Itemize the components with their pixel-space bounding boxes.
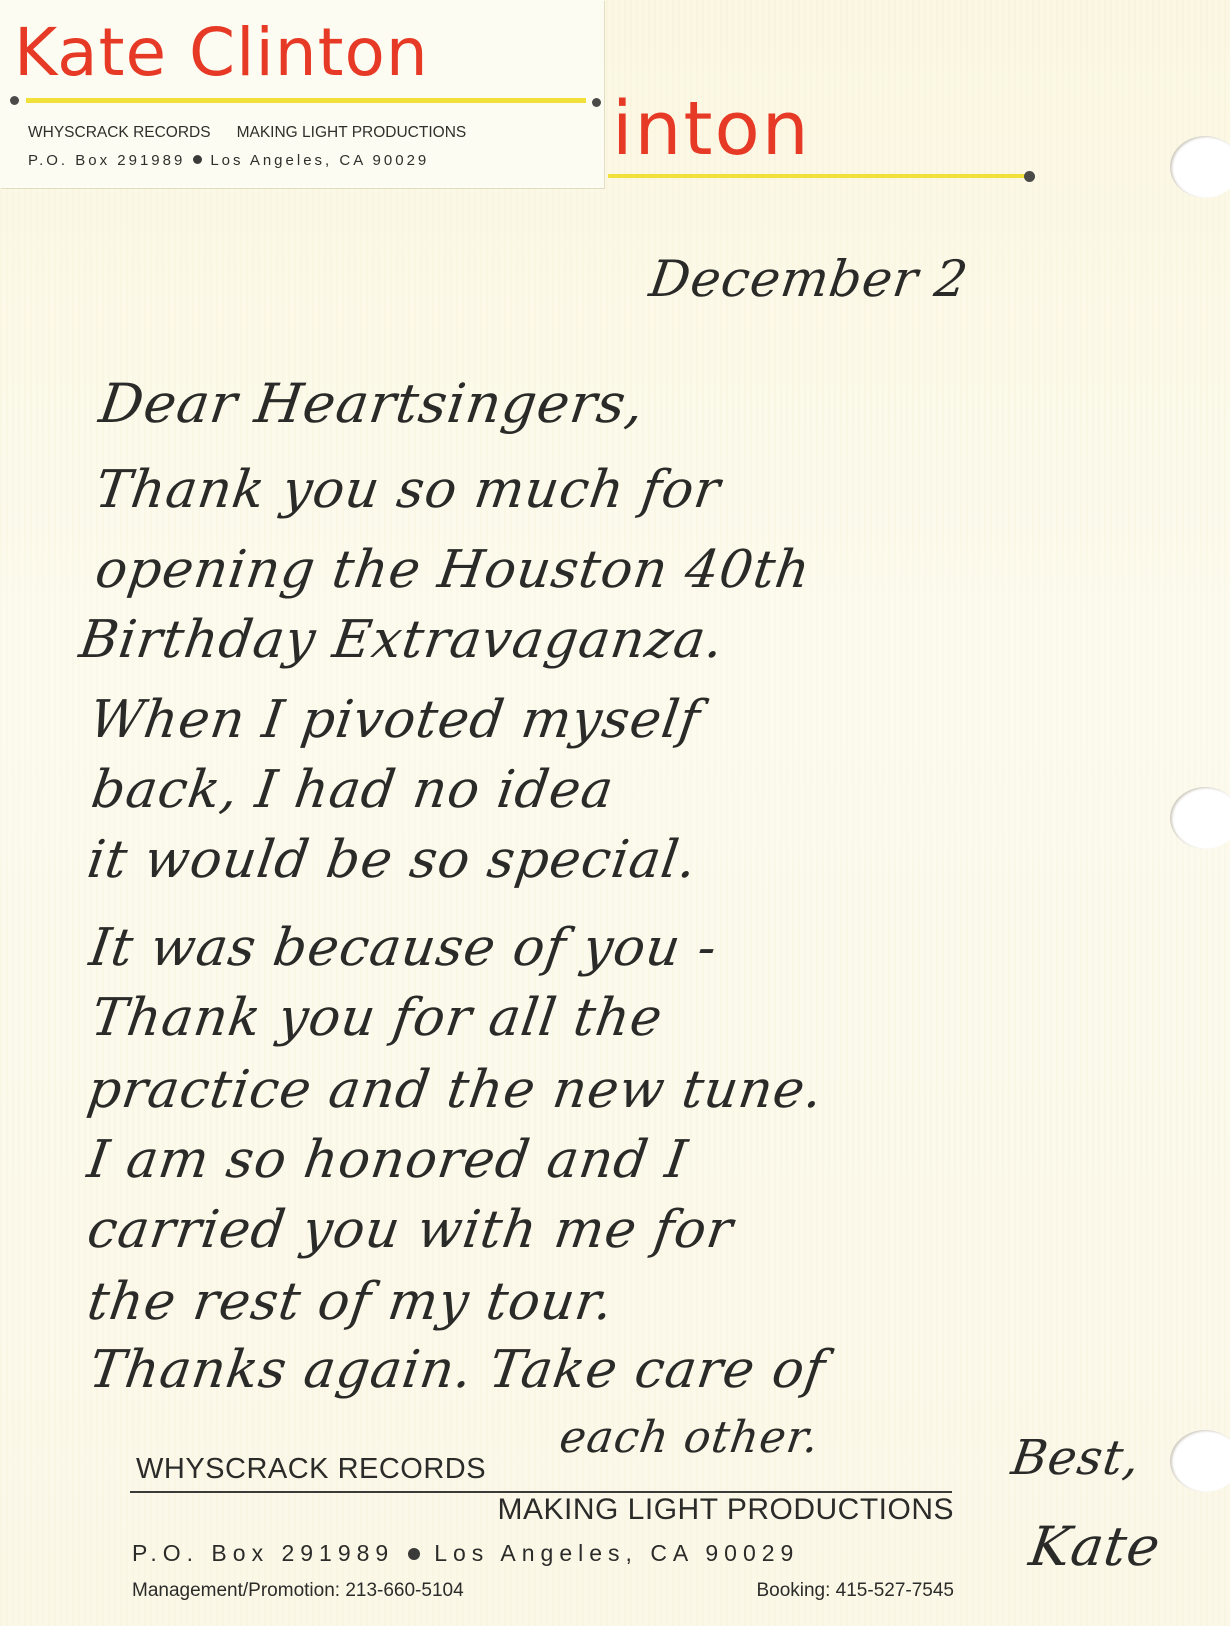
- letter-line: I am so honored and I: [84, 1130, 692, 1190]
- underlying-logo-fragment: inton: [612, 86, 811, 172]
- letter-line: When I pivoted myself: [86, 690, 704, 750]
- underlying-yellow-rule: [608, 174, 1028, 178]
- footer-company-1: WHYSCRACK RECORDS: [136, 1453, 486, 1486]
- footer-address: P.O. Box 291989Los Angeles, CA 90029: [132, 1540, 799, 1567]
- letter-line: Thanks again. Take care of: [86, 1340, 830, 1400]
- footer-company-2: MAKING LIGHT PRODUCTIONS: [498, 1493, 955, 1527]
- letter-closing: Best,: [1008, 1430, 1144, 1486]
- punch-hole-icon: [1170, 136, 1230, 198]
- letter-line: Birthday Extravaganza.: [76, 610, 728, 670]
- footer-contact: Management/Promotion: 213-660-5104 Booki…: [132, 1580, 954, 1602]
- letter-date: December 2: [646, 250, 972, 308]
- footer-management-phone: Management/Promotion: 213-660-5104: [132, 1580, 464, 1601]
- letterhead-city: Los Angeles, CA 90029: [210, 152, 429, 169]
- logo-yellow-rule: [26, 98, 586, 103]
- letterhead-po-box: P.O. Box 291989: [28, 152, 185, 169]
- rule-dot-left: [10, 96, 19, 105]
- punch-hole-icon: [1170, 787, 1230, 849]
- letter-line: the rest of my tour.: [84, 1272, 618, 1332]
- bullet-icon: [193, 155, 202, 164]
- letter-line: practice and the new tune.: [84, 1060, 827, 1120]
- rule-dot-right: [592, 98, 601, 107]
- letter-line: Thank you for all the: [88, 988, 667, 1048]
- letter-line: opening the Houston 40th: [92, 540, 815, 600]
- footer-city: Los Angeles, CA 90029: [434, 1540, 799, 1566]
- letter-salutation: Dear Heartsingers,: [96, 372, 649, 435]
- letterhead-company-right: MAKING LIGHT PRODUCTIONS: [237, 124, 467, 141]
- letter-line: It was because of you -: [86, 918, 721, 978]
- letterhead-label: Kate Clinton WHYSCRACK RECORDSMAKING LIG…: [0, 0, 604, 188]
- logo-kate-clinton: Kate Clinton: [14, 14, 429, 91]
- underlying-rule-dot: [1024, 171, 1035, 182]
- letter-line: it would be so special.: [84, 830, 701, 890]
- letterhead-address: P.O. Box 291989Los Angeles, CA 90029: [28, 152, 429, 169]
- footer-po-box: P.O. Box 291989: [132, 1540, 394, 1566]
- footer-booking-phone: Booking: 415-527-7545: [756, 1580, 954, 1602]
- punch-hole-icon: [1170, 1430, 1230, 1492]
- letter-signature: Kate: [1026, 1515, 1165, 1578]
- letter-line: back, I had no idea: [88, 760, 618, 820]
- letter-line: carried you with me for: [84, 1200, 737, 1260]
- letter-line: Thank you so much for: [92, 460, 725, 520]
- bullet-icon: [408, 1548, 420, 1560]
- letter-line: each other.: [556, 1412, 822, 1463]
- letterhead-company-left: WHYSCRACK RECORDS: [28, 124, 211, 141]
- letterhead-companies: WHYSCRACK RECORDSMAKING LIGHT PRODUCTION…: [28, 124, 466, 142]
